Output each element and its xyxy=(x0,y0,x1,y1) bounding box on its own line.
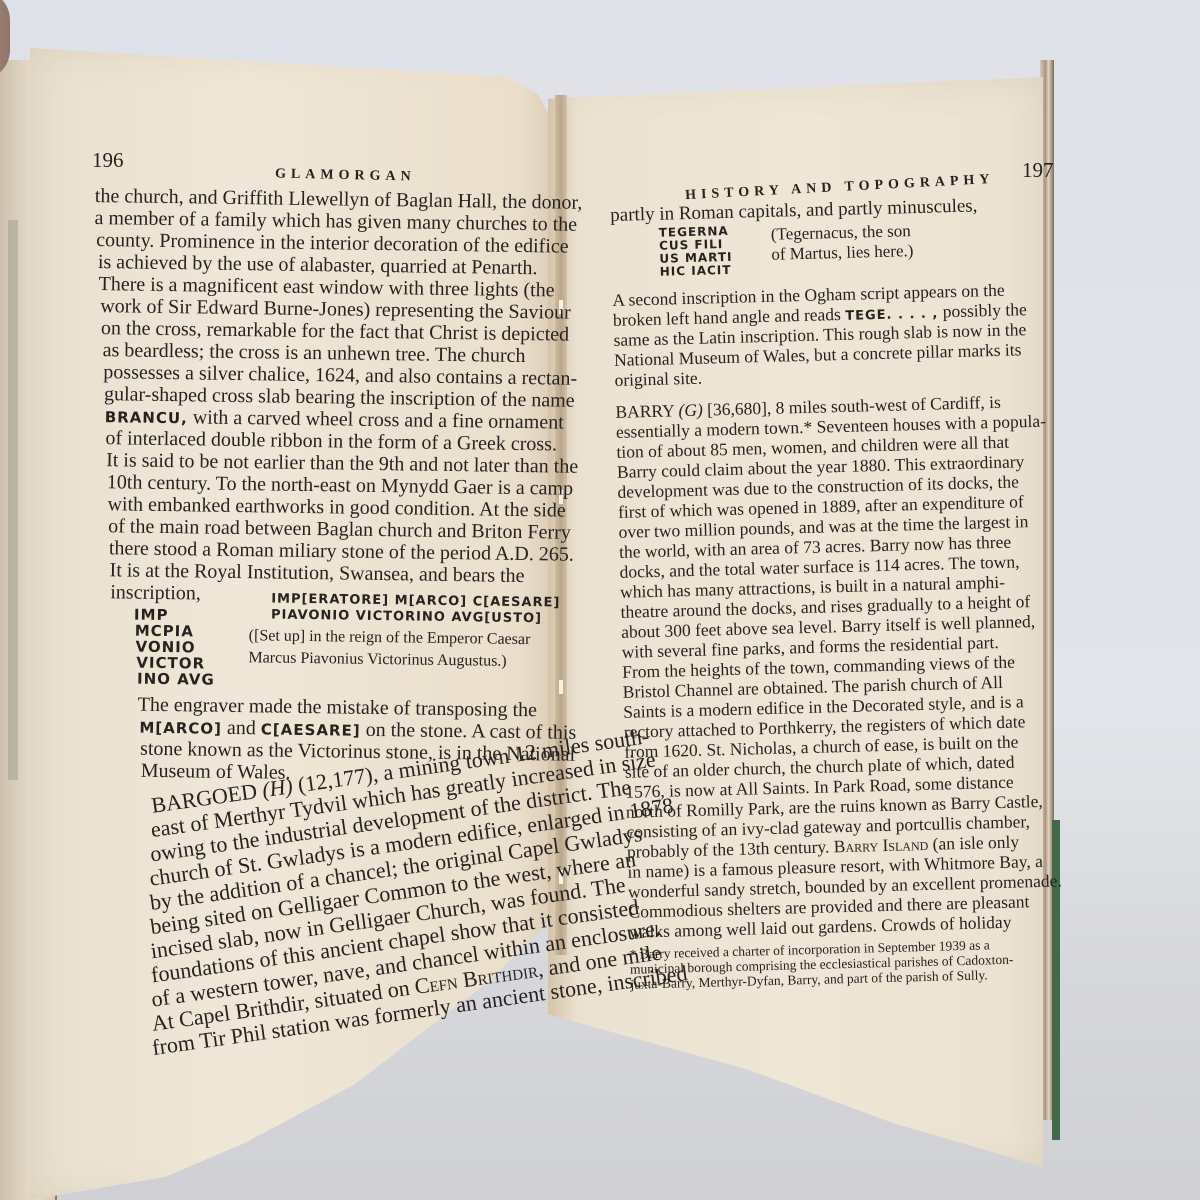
green-cover-edge xyxy=(1052,820,1060,1140)
text-line: inscription, xyxy=(110,581,201,604)
inscription-word: C[AESARE] xyxy=(261,720,361,739)
inscription-line: HIC IACIT xyxy=(660,263,732,279)
text-fragment: (G) xyxy=(678,400,703,421)
text-fragment: and xyxy=(227,717,256,739)
inscription-line: INO AVG xyxy=(137,670,215,689)
inscription-translation: Marcus Piavonius Victorinus Augustus.) xyxy=(248,649,507,671)
inscription-word-brancu: BRANCU, xyxy=(105,408,188,427)
page-number-left: 196 xyxy=(92,148,124,173)
book-photo: 196 GLAMORGAN the church, and Griffith L… xyxy=(0,0,1200,1200)
inscription-word: M[ARCO] xyxy=(139,719,222,738)
running-head-left: GLAMORGAN xyxy=(275,167,416,186)
inscription-translation: of Martus, lies here.) xyxy=(771,241,914,265)
cover-edge-strip xyxy=(8,220,18,780)
page-number-right: 197 xyxy=(1022,158,1054,183)
text-line: original site. xyxy=(614,367,702,391)
binding-stitch xyxy=(559,680,563,694)
